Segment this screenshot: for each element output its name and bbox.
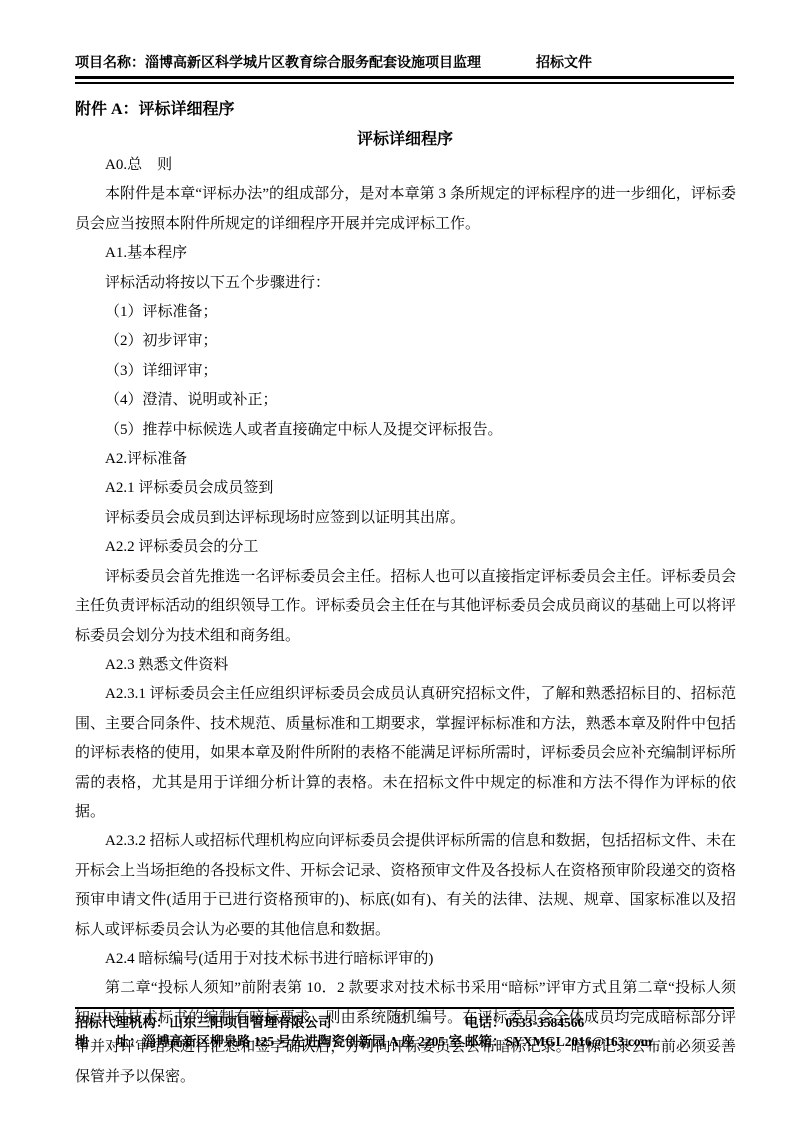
paragraph: （2）初步评审； xyxy=(75,327,736,356)
footer-phone: 电话：0533-3584566 xyxy=(465,1011,584,1031)
paragraph: A2.3.1 评标委员会主任应组织评标委员会成员认真研究招标文件，了解和熟悉招标… xyxy=(75,680,736,827)
document-title: 评标详细程序 xyxy=(75,126,735,149)
footer-agency: 招标代理机构：山东三阳项目管理有限公司 xyxy=(75,1015,332,1030)
doc-type-label: 招标文件 xyxy=(536,52,592,72)
footer-address: 地 址：淄博高新区柳泉路 125 号先进陶瓷创新园 A 座 2205 室 xyxy=(75,1034,462,1049)
clause-heading: A2.2 评标委员会的分工 xyxy=(75,533,736,562)
document-body: A0.总 则本附件是本章“评标办法”的组成部分，是对本章第 3 条所规定的评标程… xyxy=(75,151,736,1092)
clause-heading: A2.3 熟悉文件资料 xyxy=(75,651,736,680)
paragraph: （5）推荐中标候选人或者直接确定中标人及提交评标报告。 xyxy=(75,416,736,445)
paragraph: （4）澄清、说明或补正； xyxy=(75,386,736,415)
paragraph: 评标委员会成员到达评标现场时应签到以证明其出席。 xyxy=(75,504,736,533)
project-name: 项目名称：淄博高新区科学城片区教育综合服务配套设施项目监理 xyxy=(75,56,481,71)
header-divider xyxy=(75,76,734,84)
footer-line-1: 招标代理机构：山东三阳项目管理有限公司 33 电话：0533-3584566 xyxy=(75,1011,735,1030)
paragraph: （3）详细评审； xyxy=(75,357,736,386)
clause-heading: A2.评标准备 xyxy=(75,445,736,474)
paragraph: （1）评标准备； xyxy=(75,298,736,327)
page-number: 33 xyxy=(380,1011,420,1027)
page-header: 项目名称：淄博高新区科学城片区教育综合服务配套设施项目监理 招标文件 xyxy=(75,52,735,72)
footer-email: 邮箱：SYXMGL2016@163.com xyxy=(465,1030,652,1050)
clause-heading: A2.1 评标委员会成员签到 xyxy=(75,474,736,503)
clause-heading: A1.基本程序 xyxy=(75,239,736,268)
clause-heading: A2.4 暗标编号(适用于对技术标书进行暗标评审的) xyxy=(75,945,736,974)
footer-line-2: 地 址：淄博高新区柳泉路 125 号先进陶瓷创新园 A 座 2205 室 邮箱：… xyxy=(75,1030,735,1049)
footer-divider xyxy=(75,1007,734,1009)
paragraph: 评标委员会首先推选一名评标委员会主任。招标人也可以直接指定评标委员会主任。评标委… xyxy=(75,563,736,651)
paragraph: 评标活动将按以下五个步骤进行： xyxy=(75,269,736,298)
document-page: 项目名称：淄博高新区科学城片区教育综合服务配套设施项目监理 招标文件 附件 A：… xyxy=(0,0,793,1122)
page-footer: 招标代理机构：山东三阳项目管理有限公司 33 电话：0533-3584566 地… xyxy=(75,1011,735,1049)
paragraph: 本附件是本章“评标办法”的组成部分，是对本章第 3 条所规定的评标程序的进一步细… xyxy=(75,180,736,239)
attachment-heading: 附件 A：评标详细程序 xyxy=(75,96,235,119)
clause-heading: A0.总 则 xyxy=(75,151,736,180)
paragraph: A2.3.2 招标人或招标代理机构应向评标委员会提供评标所需的信息和数据，包括招… xyxy=(75,827,736,945)
